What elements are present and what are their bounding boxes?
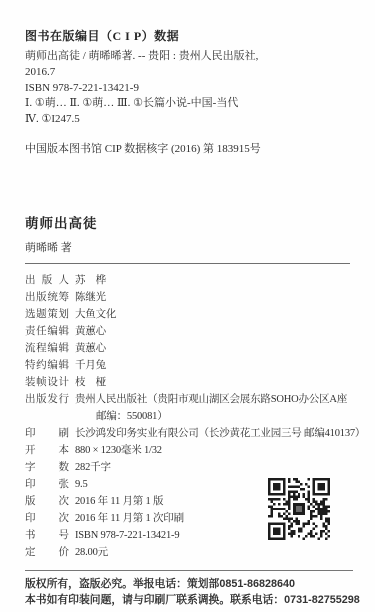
row-value: 苏 桦: [75, 272, 355, 289]
copyright-line-2: 本书如有印装问题，请与印刷厂联系调换。联系电话：0731-82755298: [25, 593, 355, 609]
row-value-line2: 邮编：550081）: [75, 408, 355, 425]
row-value: 282千字: [75, 459, 355, 476]
row-value: 28.00元: [75, 544, 355, 561]
row-label: 印张: [25, 476, 69, 493]
publication-row: 出版发行 贵州人民出版社（贵阳市观山湖区会展东路SOHO办公区A座邮编：5500…: [25, 391, 355, 425]
cip-line: ISBN 978-7-221-13421-9: [25, 81, 355, 97]
publication-row: 特约编辑 千月兔: [25, 357, 355, 374]
row-label: 开本: [25, 442, 69, 459]
row-value: 长沙鸿发印务实业有限公司（长沙黄花工业园三号 邮编410137）: [75, 425, 365, 442]
cip-lines: 萌师出高徒 / 萌晞晞著. -- 贵阳 : 贵州人民出版社,2016.7ISBN…: [25, 49, 355, 128]
publication-row: 定价 28.00元: [25, 544, 355, 561]
publication-row: 责任编辑 黄蕙心: [25, 323, 355, 340]
row-value: 黄蕙心: [75, 340, 355, 357]
copyright-notice: 版权所有，盗版必究。举报电话：策划部0851-86828640 本书如有印装问题…: [25, 577, 355, 608]
cip-line: Ⅰ. ①萌… Ⅱ. ①萌… Ⅲ. ①长篇小说-中国-当代: [25, 96, 355, 112]
divider-bottom: [25, 570, 353, 571]
row-value: 陈继光: [75, 289, 355, 306]
cip-section: 图书在版编目（C I P）数据 萌师出高徒 / 萌晞晞著. -- 贵阳 : 贵州…: [25, 27, 355, 156]
row-label: 出版发行: [25, 391, 69, 425]
row-value: 黄蕙心: [75, 323, 355, 340]
row-value: 大鱼文化: [75, 306, 355, 323]
publication-row: 流程编辑 黄蕙心: [25, 340, 355, 357]
row-label: 版次: [25, 493, 69, 510]
copyright-line-1: 版权所有，盗版必究。举报电话：策划部0851-86828640: [25, 577, 355, 593]
book-author: 萌晞晞 著: [25, 239, 355, 255]
publication-row: 字数 282千字: [25, 459, 355, 476]
row-label: 定价: [25, 544, 69, 561]
row-label: 责任编辑: [25, 323, 69, 340]
publication-row: 装帧设计 枝 桠: [25, 374, 355, 391]
row-value: 880 × 1230毫米 1/32: [75, 442, 355, 459]
publication-row: 开本 880 × 1230毫米 1/32: [25, 442, 355, 459]
row-label: 书号: [25, 527, 69, 544]
row-value: 枝 桠: [75, 374, 355, 391]
copyright-page: 图书在版编目（C I P）数据 萌师出高徒 / 萌晞晞著. -- 贵阳 : 贵州…: [0, 0, 375, 612]
publication-row: 出版统筹 陈继光: [25, 289, 355, 306]
publication-row: 出版人 苏 桦: [25, 272, 355, 289]
row-label: 字数: [25, 459, 69, 476]
qr-code-icon: [268, 478, 330, 540]
row-label: 出版统筹: [25, 289, 69, 306]
book-title: 萌师出高徒: [25, 212, 355, 232]
row-value: 贵州人民出版社（贵阳市观山湖区会展东路SOHO办公区A座邮编：550081）: [75, 391, 355, 425]
cip-heading: 图书在版编目（C I P）数据: [25, 27, 355, 44]
title-block: 萌师出高徒 萌晞晞 著: [25, 212, 355, 255]
row-label: 出版人: [25, 272, 69, 289]
row-label: 装帧设计: [25, 374, 69, 391]
row-label: 特约编辑: [25, 357, 69, 374]
publication-row: 选题策划 大鱼文化: [25, 306, 355, 323]
row-label: 印次: [25, 510, 69, 527]
row-label: 印刷: [25, 425, 69, 442]
divider-top: [25, 263, 350, 264]
cip-line: 2016.7: [25, 65, 355, 81]
row-label: 选题策划: [25, 306, 69, 323]
row-value: 千月兔: [75, 357, 355, 374]
cip-record-line: 中国版本图书馆 CIP 数据核字 (2016) 第 183915号: [25, 140, 355, 156]
publication-row: 印刷 长沙鸿发印务实业有限公司（长沙黄花工业园三号 邮编410137）: [25, 425, 355, 442]
row-label: 流程编辑: [25, 340, 69, 357]
cip-line: Ⅳ. ①I247.5: [25, 112, 355, 128]
cip-line: 萌师出高徒 / 萌晞晞著. -- 贵阳 : 贵州人民出版社,: [25, 49, 355, 65]
